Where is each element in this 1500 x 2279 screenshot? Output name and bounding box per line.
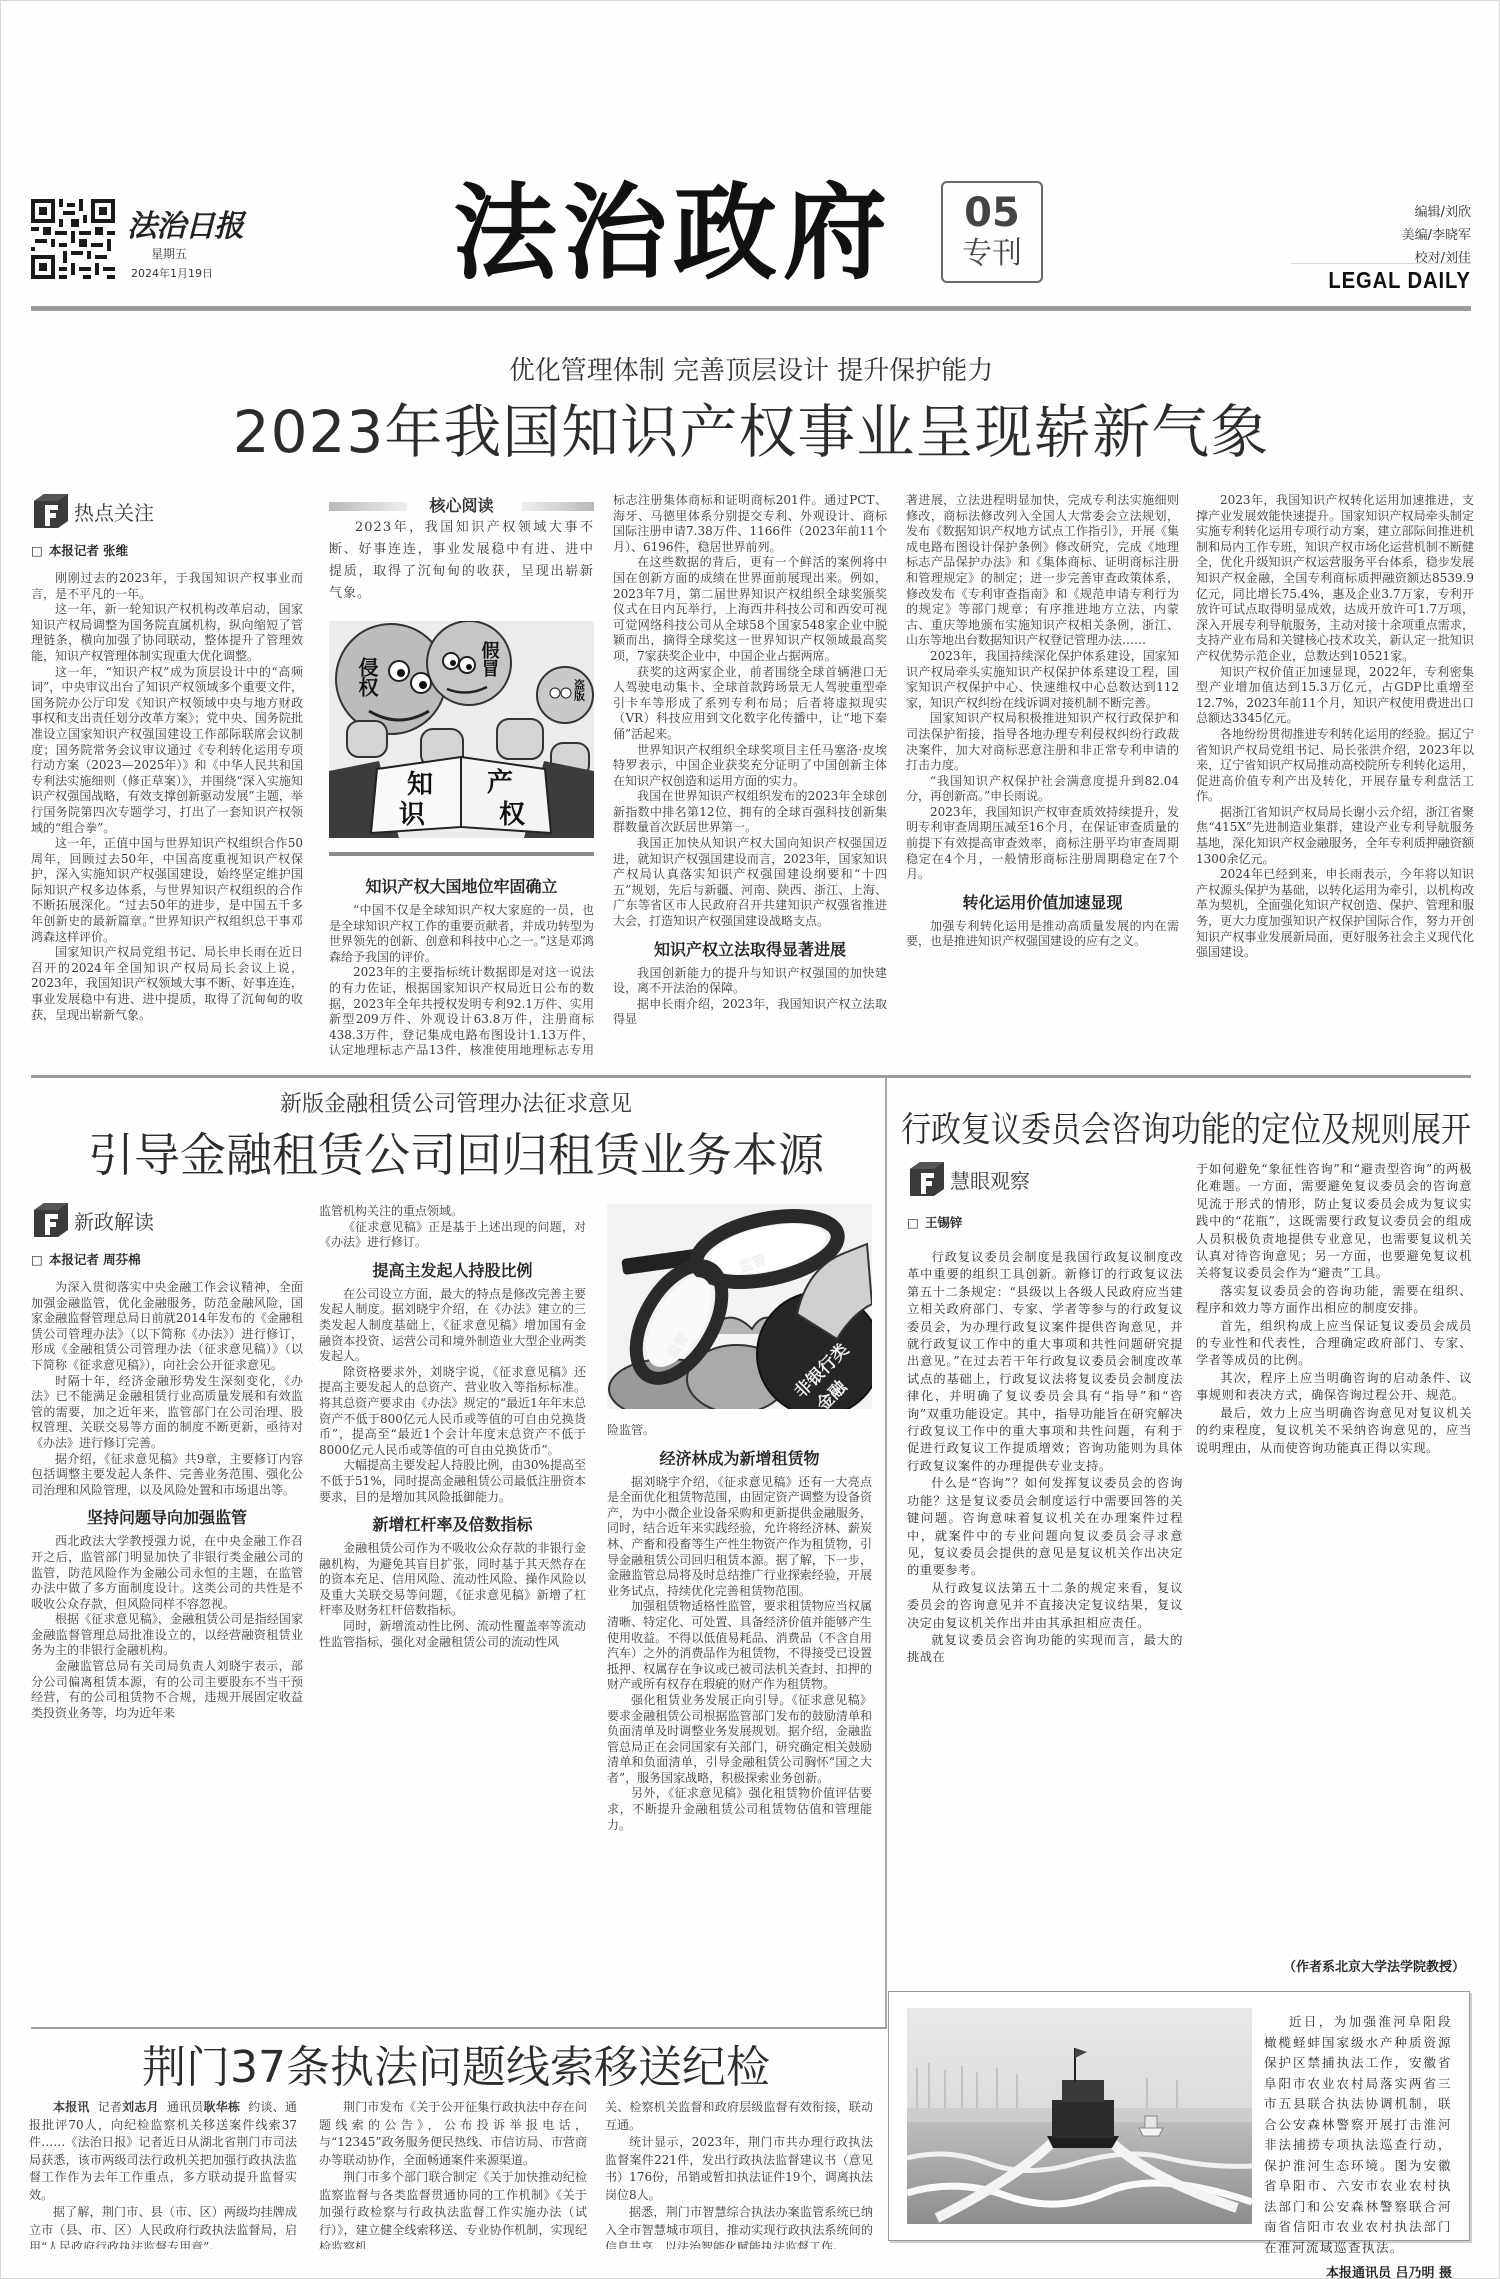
paragraph: 2023年，我国知识产权转化运用加速推进，支撑产业发展效能快速提升。国家知识产权… [1196,493,1474,665]
paragraph: 知识产权价值正加速显现，2022年，专利密集型产业增加值达到15.3万亿元，占G… [1196,665,1474,727]
article-column: 关、检察机关监督和政府层级监督有效衔接，联动互通。 统计显示，2023年，荆门市… [605,2099,873,2249]
newspaper-logo: 法治日报 [127,201,243,245]
byline: □王锡锌 [907,1213,1177,1231]
article-headline: 引导金融租赁公司回归租赁业务本源 [31,1127,881,1183]
paragraph: 首先，组织构成上应当保证复议委员会成员的专业性和代表性，合理确定政府部门、专家、… [1196,1318,1472,1370]
paragraph: 除资格要求外，刘晓宇说，《征求意见稿》还提高主要发起人的总资产、营业收入等指标标… [319,1365,586,1459]
paragraph: 世界知识产权组织全球奖项目主任马塞洛·皮埃特罗表示，中国企业获奖充分证明了中国创… [613,743,887,790]
lead-paragraph: 本报讯 记者刘志月 通讯员耿华栋 约谈、通报批评70人，向纪检监察机关移送案件线… [29,2099,297,2204]
paragraph: 据浙江省知识产权局局长谢小云介绍，浙江省聚焦“415X”先进制造业集群，建设产业… [1196,805,1474,867]
paragraph: 据申长雨介绍，2023年，我国知识产权立法取得显 [613,997,887,1028]
core-reading-text: 2023年，我国知识产权领域大事不断、好事连连，事业发展稳中有进、进中提质，取得… [329,517,594,605]
byline-box-icon: □ [31,543,43,558]
paragraph: 荆门市多个部门联合制定《关于加快推动纪检监察监督与各类监督贯通协同的工作机制》《… [319,2169,587,2249]
paragraph: 其次，程序上应当明确咨询的启动条件、议事规则和表决方式，确保咨询过程公开、规范。 [1196,1370,1472,1405]
book-label: 权 [499,800,526,830]
paragraph: 就复议委员会咨询功能的实现而言，最大的挑战在 [907,1632,1183,1667]
section-rule [329,852,594,856]
review-header: 慧眼观察 □王锡锌 [907,1159,1177,1243]
article-headline: 荆门37条执法问题线索移送纪检 [31,2041,881,2095]
subheading: 转化运用价值加速显现 [906,892,1179,914]
paragraph: 大幅提高主要发起人持股比例，由30%提高至不低于51%，同时提高金融租赁公司最低… [319,1458,586,1505]
article-column: 荆门市发布《关于公开征集行政执法中存在问题线索的公告》，公布投诉举报电话，与“1… [319,2099,587,2249]
reporter-role: 记者 [98,2100,122,2114]
author-note: （作者系北京大学法学院教授） [1283,1956,1465,1975]
paragraph: 著进展，立法进程明显加快，完成专利法实施细则修改，商标法修改列入全国人大常委会立… [906,493,1179,649]
paragraph: 2023年，我国持续深化保护体系建设，国家知识产权局牵头实施知识产权保护体系建设… [906,649,1179,711]
book-label: 产 [487,767,513,798]
byline-box-icon: □ [31,1252,43,1267]
editor-credit: 编辑/刘欣 [1402,201,1471,224]
section-rule [31,2027,887,2029]
paragraph: 金融租赁公司作为不吸收公众存款的非银行金融机构，为避免其盲目扩张，同时基于其天然… [319,1541,586,1619]
core-reading-label: 核心阅读 [429,496,493,515]
article-kicker: 新版金融租赁公司管理办法征求意见 [31,1091,881,1119]
paragraph: 各地纷纷贯彻推进专利转化运用的经验。据辽宁省知识产权局党组书记、局长张洪介绍，2… [1196,727,1474,805]
paragraph: 这一年，“知识产权”成为顶层设计中的“高频词”，中央审议出台了知识产权领域多个重… [31,665,303,837]
article-column: 著进展，立法进程明显加快，完成专利法实施细则修改，商标法修改列入全国人大常委会立… [906,493,1179,1056]
column-divider [885,1078,887,2029]
correspondent-name: 耿华栋 [204,2100,241,2114]
article-column: 新政解读 □本报记者 周芬棉 为深入贯彻落实中央金融工作会议精神，全面加强金融监… [31,1200,303,2010]
correspondent-role: 通讯员 [167,2100,204,2114]
paragraph: 为深入贯彻落实中央金融工作会议精神，全面加强金融监管，优化金融服务，防范金融风险… [31,1280,303,1374]
paragraph: 另外，《征求意见稿》强化租赁物价值评估要求，不断提升金融租赁公司租赁物估值和管理… [607,1786,872,1833]
qr-code-icon [31,199,115,279]
ip-cartoon-illustration: 侵权 假冒 盗版 知 识 产 权 [329,621,594,838]
article-headline: 行政复议委员会咨询功能的定位及规则展开 [896,1105,1476,1157]
paragraph: 据悉，荆门市智慧综合执法办案监管系统已纳入全市智慧城市项目，推动实现行政执法系统… [605,2204,873,2249]
book-label: 知 [407,770,433,800]
byline-text: 本报记者 张维 [49,543,128,558]
lead-tag: 本报讯 [53,2100,90,2114]
paragraph: 时隔十年，经济金融形势发生深刻变化，《办法》已不能满足金融租赁行业高质量发展和有… [31,1374,303,1452]
article-column: 监管机构关注的重点领域。 《征求意见稿》正是基于上述出现的问题，对《办法》进行修… [319,1204,586,2010]
paragraph: 西北政法大学教授强力说，在中央金融工作召开之后，监管部门明显加快了非银行类金融公… [31,1534,303,1612]
paragraph: 于如何避免“象征性咨询”和“避责型咨询”的两极化难题。一方面，需要避免复议委员会… [1196,1161,1472,1283]
paragraph: 据刘晓宇介绍，《征求意见稿》还有一大亮点是全面优化租赁物范围，由固定资产调整为设… [607,1475,872,1600]
staff-credits: 编辑/刘欣 美编/李晓军 校对/刘佳 [1402,201,1471,270]
paragraph: 行政复议委员会制度是我国行政复议制度改革中重要的组织工具创新。新修订的行政复议法… [907,1249,1183,1475]
issue-date: 2024年1月19日 [131,265,213,281]
byline: □本报记者 张维 [31,541,303,559]
cartoon-label-piracy: 盗版 [573,678,586,702]
cartoon-label-counterfeit: 假冒 [479,640,500,678]
paragraph: 国家知识产权局党组书记、局长申长雨在近日召开的2024年全国知识产权局局长会议上… [31,945,303,1023]
byline-box-icon: □ [907,1215,919,1230]
paragraph: 标志注册集体商标和证明商标201件。通过PCT、海牙、马德里体系分别提交专利、外… [613,493,887,555]
article-headline: 2023年我国知识产权事业呈现崭新气象 [1,397,1500,467]
paragraph: 加强专利转化运用是推动高质量发展的内在需要，也是推进知识产权强国建设的应有之义。 [906,919,1179,950]
divider [1291,263,1471,264]
reporter-name: 刘志月 [122,2100,159,2114]
f-cube-icon [907,1160,947,1198]
f-cube-icon [31,492,71,530]
paragraph: 同时，新增流动性比例、流动性覆盖率等流动性监管指标，强化对金融租赁公司的流动性风 [319,1619,586,1650]
paragraph: 险监管。 [607,1423,872,1439]
paragraph: 这一年，正值中国与世界知识产权组织合作50周年，回顾过去50年，中国高度重视知识… [31,836,303,945]
newspaper-page: 法治日报 星期五 2024年1月19日 法治政府 05 专刊 编辑/刘欣 美编/… [0,0,1500,2279]
paragraph: 关、检察机关监督和政府层级监督有效衔接，联动互通。 [605,2099,873,2134]
paragraph: 2023年，我国知识产权审查质效持续提升，发明专利审查周期压减至16个月，在保证… [906,805,1179,883]
paragraph: 2023年的主要指标统计数据即是对这一说法的有力佐证，根据国家知识产权局近日公布… [329,965,594,1056]
photo-news-box: 近日，为加强淮河阜阳段橄榄蛏蚌国家级水产种质资源保护区禁捕执法工作，安徽省阜阳市… [888,1991,1470,2241]
article-column: 标志注册集体商标和证明商标201件。通过PCT、海牙、马德里体系分别提交专利、外… [613,493,887,1056]
article-column: 监管 监管 非银行类 金融 险监管。 经济林成为新增租赁物 据刘晓宇介绍，《征求… [607,1204,872,2010]
subheading: 新增杠杆率及倍数指标 [319,1514,586,1536]
paragraph: 落实复议委员会的咨询功能，需要在组织、程序和效力等方面作出相应的制度安排。 [1196,1283,1472,1318]
paragraph: 获奖的这两家企业，前者围绕全球首辆港口无人驾驶电动集卡、全球首款跨场景无人驾驶重… [613,665,887,743]
paragraph: 刚刚过去的2023年，于我国知识产权事业而言，是不平凡的一年。 [31,571,303,602]
subheading: 知识产权立法取得显著进展 [613,939,887,961]
page-number-box: 05 专刊 [941,181,1043,283]
paragraph: 加强租赁物适格性监管，要求租赁物应当权属清晰、特定化、可处置、具备经济价值并能够… [607,1599,872,1693]
paragraph: 在这些数据的背后，更有一个鲜活的案例将中国在创新方面的成绩在世界面前展现出来。例… [613,555,887,664]
article-column: 热点关注 □本报记者 张维 刚刚过去的2023年，于我国知识产权事业而言，是不平… [31,491,303,1056]
decor-bar [329,502,407,511]
byline-text: 本报记者 周芬棉 [49,1252,141,1267]
paragraph: “我国知识产权保护社会满意度提升到82.04分，再创新高。”申长雨说。 [906,774,1179,805]
article-column: 2023年，我国知识产权转化运用加速推进，支撑产业发展效能快速提升。国家知识产权… [1196,493,1474,1056]
subheading: 知识产权大国地位牢固确立 [329,876,594,898]
article-column: 本报讯 记者刘志月 通讯员耿华栋 约谈、通报批评70人，向纪检监察机关移送案件线… [29,2099,297,2249]
paragraph: 监管机构关注的重点领域。 [319,1204,586,1220]
weekday: 星期五 [151,245,187,262]
paragraph: 我国在世界知识产权组织发布的2023年全球创新指数中排名第12位，拥有的全球百强… [613,789,887,836]
paragraph: 什么是“咨询”？如何发挥复议委员会的咨询功能？这是复议委员会制度运行中需要回答的… [907,1475,1183,1579]
column-tag-label: 热点关注 [74,497,154,526]
photo-credit: 本报通讯员 吕乃明 摄 [1264,2262,1452,2279]
decor-bar [522,502,594,511]
paragraph: 我国创新能力的提升与知识产权强国的加快建设，离不开法治的保障。 [613,966,887,997]
cartoon-label-infringement: 侵权 [355,656,379,698]
article-column: 于如何避免“象征性咨询”和“避责型咨询”的两极化难题。一方面，需要避免复议委员会… [1196,1161,1472,1951]
paragraph: 从行政复议法第五十二条的规定来看，复议委员会的咨询意见并不直接决定复议结果，复议… [907,1580,1183,1632]
paragraph: 强化租赁业务发展正向引导。《征求意见稿》要求金融租赁公司根据监管部门发布的鼓励清… [607,1693,872,1787]
column-tag-label: 慧眼观察 [950,1165,1030,1194]
paragraph: 统计显示，2023年，荆门市共办理行政执法监督案件221件，发出行政执法监督建议… [605,2134,873,2204]
column-tag: 新政解读 [31,1200,303,1240]
core-reading-header: 核心阅读 [329,495,594,517]
paragraph: 根据《征求意见稿》，金融租赁公司是指经国家金融监督管理总局批准设立的，以经营融资… [31,1612,303,1659]
paragraph: 这一年，新一轮知识产权机构改革启动，国家知识产权局调整为国务院直属机构，纵向缩短… [31,602,303,664]
byline: □本报记者 周芬棉 [31,1250,303,1268]
column-tag: 热点关注 [31,491,303,531]
patrol-boat-photo [907,2008,1252,2224]
page-label: 专刊 [943,235,1041,273]
paragraph: 在公司设立方面，最大的特点是修改完善主要发起人制度。据刘晓宇介绍，在《办法》建立… [319,1287,586,1365]
subheading: 经济林成为新增租赁物 [607,1448,872,1470]
column-tag-label: 新政解读 [74,1206,154,1235]
lead-text: 约谈、通报批评70人，向纪检监察机关移送案件线索37件……《法治日报》记者近日从… [29,2100,297,2202]
paragraph: 我国正加快从知识产权大国向知识产权强国迈进，就知识产权强国建设而言，2023年，… [613,836,887,930]
paragraph: 金融监管总局有关司局负责人刘晓宇表示，部分公司偏离租赁本源，有的公司主要股东不当… [31,1659,303,1721]
paragraph: 最后，效力上应当明确咨询意见对复议机关的约束程度，复议机关不采纳咨询意见的，应当… [1196,1405,1472,1457]
paragraph: 荆门市发布《关于公开征集行政执法中存在问题线索的公告》，公布投诉举报电话，与“1… [319,2099,587,2169]
byline-text: 王锡锌 [925,1215,963,1230]
paragraph: 《征求意见稿》正是基于上述出现的问题，对《办法》进行修订。 [319,1220,586,1251]
paragraph: 据了解，荆门市、县（市、区）两级均挂牌成立市（县、市、区）人民政府行政执法监督局… [29,2204,297,2249]
paragraph: 国家知识产权局积极推进知识产权行政保护和司法保护衔接，指导各地办理专利侵权纠纷行… [906,711,1179,773]
subheading: 提高主发起人持股比例 [319,1260,586,1282]
english-name: LEGAL DAILY [1329,267,1471,294]
photo-caption: 近日，为加强淮河阜阳段橄榄蛏蚌国家级水产种质资源保护区禁捕执法工作，安徽省阜阳市… [1264,2012,1452,2258]
book-label: 识 [399,800,426,830]
f-cube-icon [31,1201,71,1239]
page-number: 05 [943,191,1041,235]
masthead-rule [31,306,1471,311]
section-title: 法治政府 [453,177,933,289]
article-column: 行政复议委员会制度是我国行政复议制度改革中重要的组织工具创新。新修订的行政复议法… [907,1249,1183,1977]
regulation-cartoon-illustration: 监管 监管 非银行类 金融 [607,1204,872,1409]
photo-caption-block: 近日，为加强淮河阜阳段橄榄蛏蚌国家级水产种质资源保护区禁捕执法工作，安徽省阜阳市… [1264,2012,1452,2279]
article-column: 核心阅读 2023年，我国知识产权领域大事不断、好事连连，事业发展稳中有进、进中… [329,495,594,1056]
section-rule [31,1075,1471,1078]
subheading: 坚持问题导向加强监管 [31,1507,303,1529]
article-kicker: 优化管理体制 完善顶层设计 提升保护能力 [1,355,1500,387]
art-editor-credit: 美编/李晓军 [1402,224,1471,247]
column-tag: 慧眼观察 [907,1159,1177,1199]
paragraph: 2024年已经到来，申长雨表示，今年将以知识产权源头保护为基础，以转化运用为牵引… [1196,867,1474,961]
paragraph: “中国不仅是全球知识产权大家庭的一员，也是全球知识产权工作的重要贡献者，并成功转… [329,903,594,965]
paragraph: 据介绍，《征求意见稿》共9章，主要修订内容包括调整主要发起人条件、完善业务范围、… [31,1452,303,1499]
